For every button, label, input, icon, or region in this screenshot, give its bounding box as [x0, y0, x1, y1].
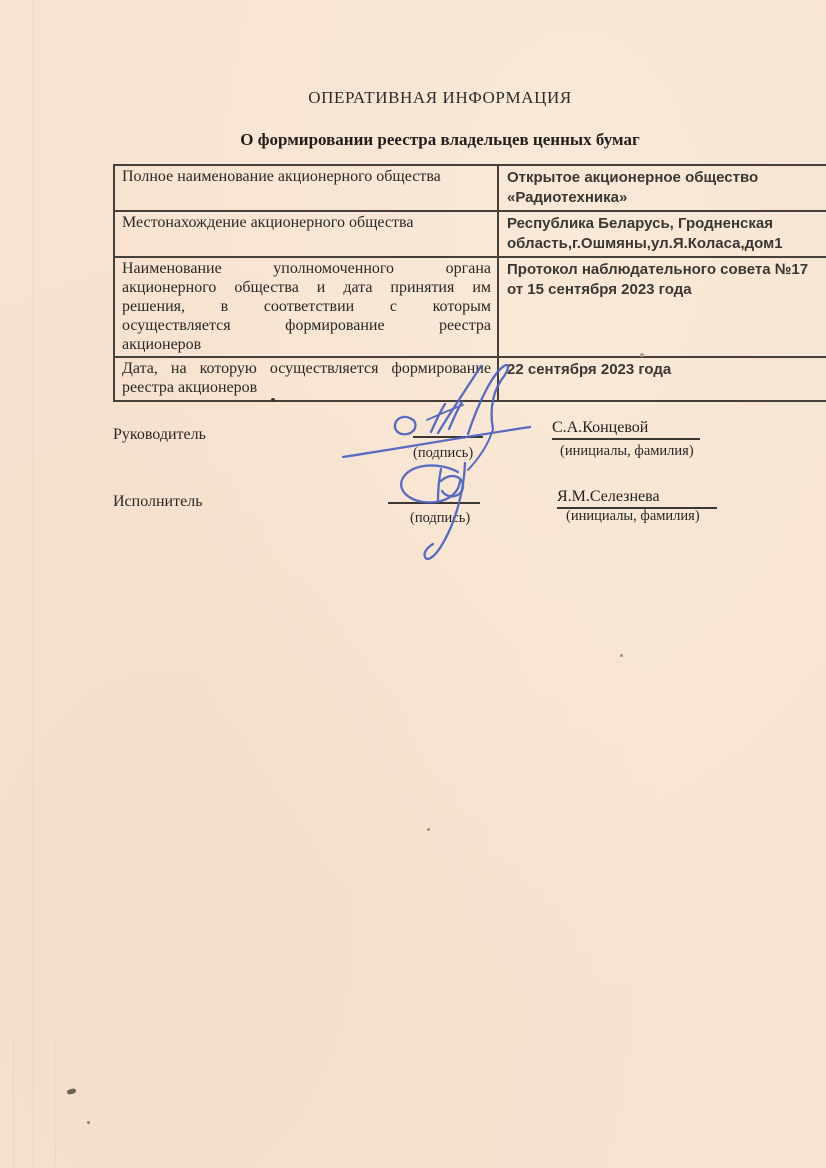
info-table: Полное наименование акционерного обществ… [113, 164, 826, 402]
label-line: акционеров [122, 335, 491, 354]
document-page: ОПЕРАТИВНАЯ ИНФОРМАЦИЯ О формировании ре… [0, 0, 826, 1168]
label-line: Местонахождение акционерного общества [122, 213, 491, 232]
signature-line [413, 436, 483, 438]
table-row: Наименование уполномоченного органа акци… [114, 257, 826, 357]
value-cell: Открытое акционерное общество «Радиотехн… [498, 165, 826, 211]
value-cell: 22 сентября 2023 года [498, 357, 826, 401]
label-cell: Местонахождение акционерного общества [114, 211, 498, 257]
label-line: Дата, на которую осуществляется формиров… [122, 359, 491, 378]
scan-speck [87, 1121, 90, 1124]
page-title: ОПЕРАТИВНАЯ ИНФОРМАЦИЯ [54, 88, 826, 108]
executor-name: Я.М.Селезнева [557, 488, 717, 509]
scan-speck [67, 1088, 77, 1095]
table-row: Полное наименование акционерного обществ… [114, 165, 826, 211]
table-row: Дата, на которую осуществляется формиров… [114, 357, 826, 401]
label-cell: Наименование уполномоченного органа акци… [114, 257, 498, 357]
scan-streak [33, 0, 34, 1168]
label-cell: Полное наименование акционерного обществ… [114, 165, 498, 211]
label-line: Полное наименование акционерного обществ… [122, 167, 491, 186]
value-cell: Протокол наблюдательного совета №17 от 1… [498, 257, 826, 357]
label-line: осуществляется формирование реестра [122, 316, 491, 335]
value-cell: Республика Беларусь, Гродненская область… [498, 211, 826, 257]
signature-caption: (подпись) [413, 445, 473, 462]
signature-line [388, 502, 480, 504]
name-caption: (инициалы, фамилия) [566, 508, 700, 525]
name-caption: (инициалы, фамилия) [560, 443, 694, 460]
label-line: реестра акционеров [122, 378, 491, 397]
role-label-executor: Исполнитель [113, 493, 203, 511]
page-subtitle: О формировании реестра владельцев ценных… [54, 130, 826, 150]
director-name: С.А.Концевой [552, 419, 700, 440]
scan-streak [55, 1040, 56, 1168]
label-line: акционерного общества и дата принятия им [122, 278, 491, 297]
scan-streak [13, 1040, 14, 1168]
signature-caption: (подпись) [410, 510, 470, 527]
label-line: решения, в соответствии с которым [122, 297, 491, 316]
scan-speck [620, 654, 623, 657]
table-row: Местонахождение акционерного общества Ре… [114, 211, 826, 257]
label-line: Наименование уполномоченного органа [122, 259, 491, 278]
label-cell: Дата, на которую осуществляется формиров… [114, 357, 498, 401]
role-label-director: Руководитель [113, 426, 206, 444]
scan-speck [427, 828, 430, 831]
